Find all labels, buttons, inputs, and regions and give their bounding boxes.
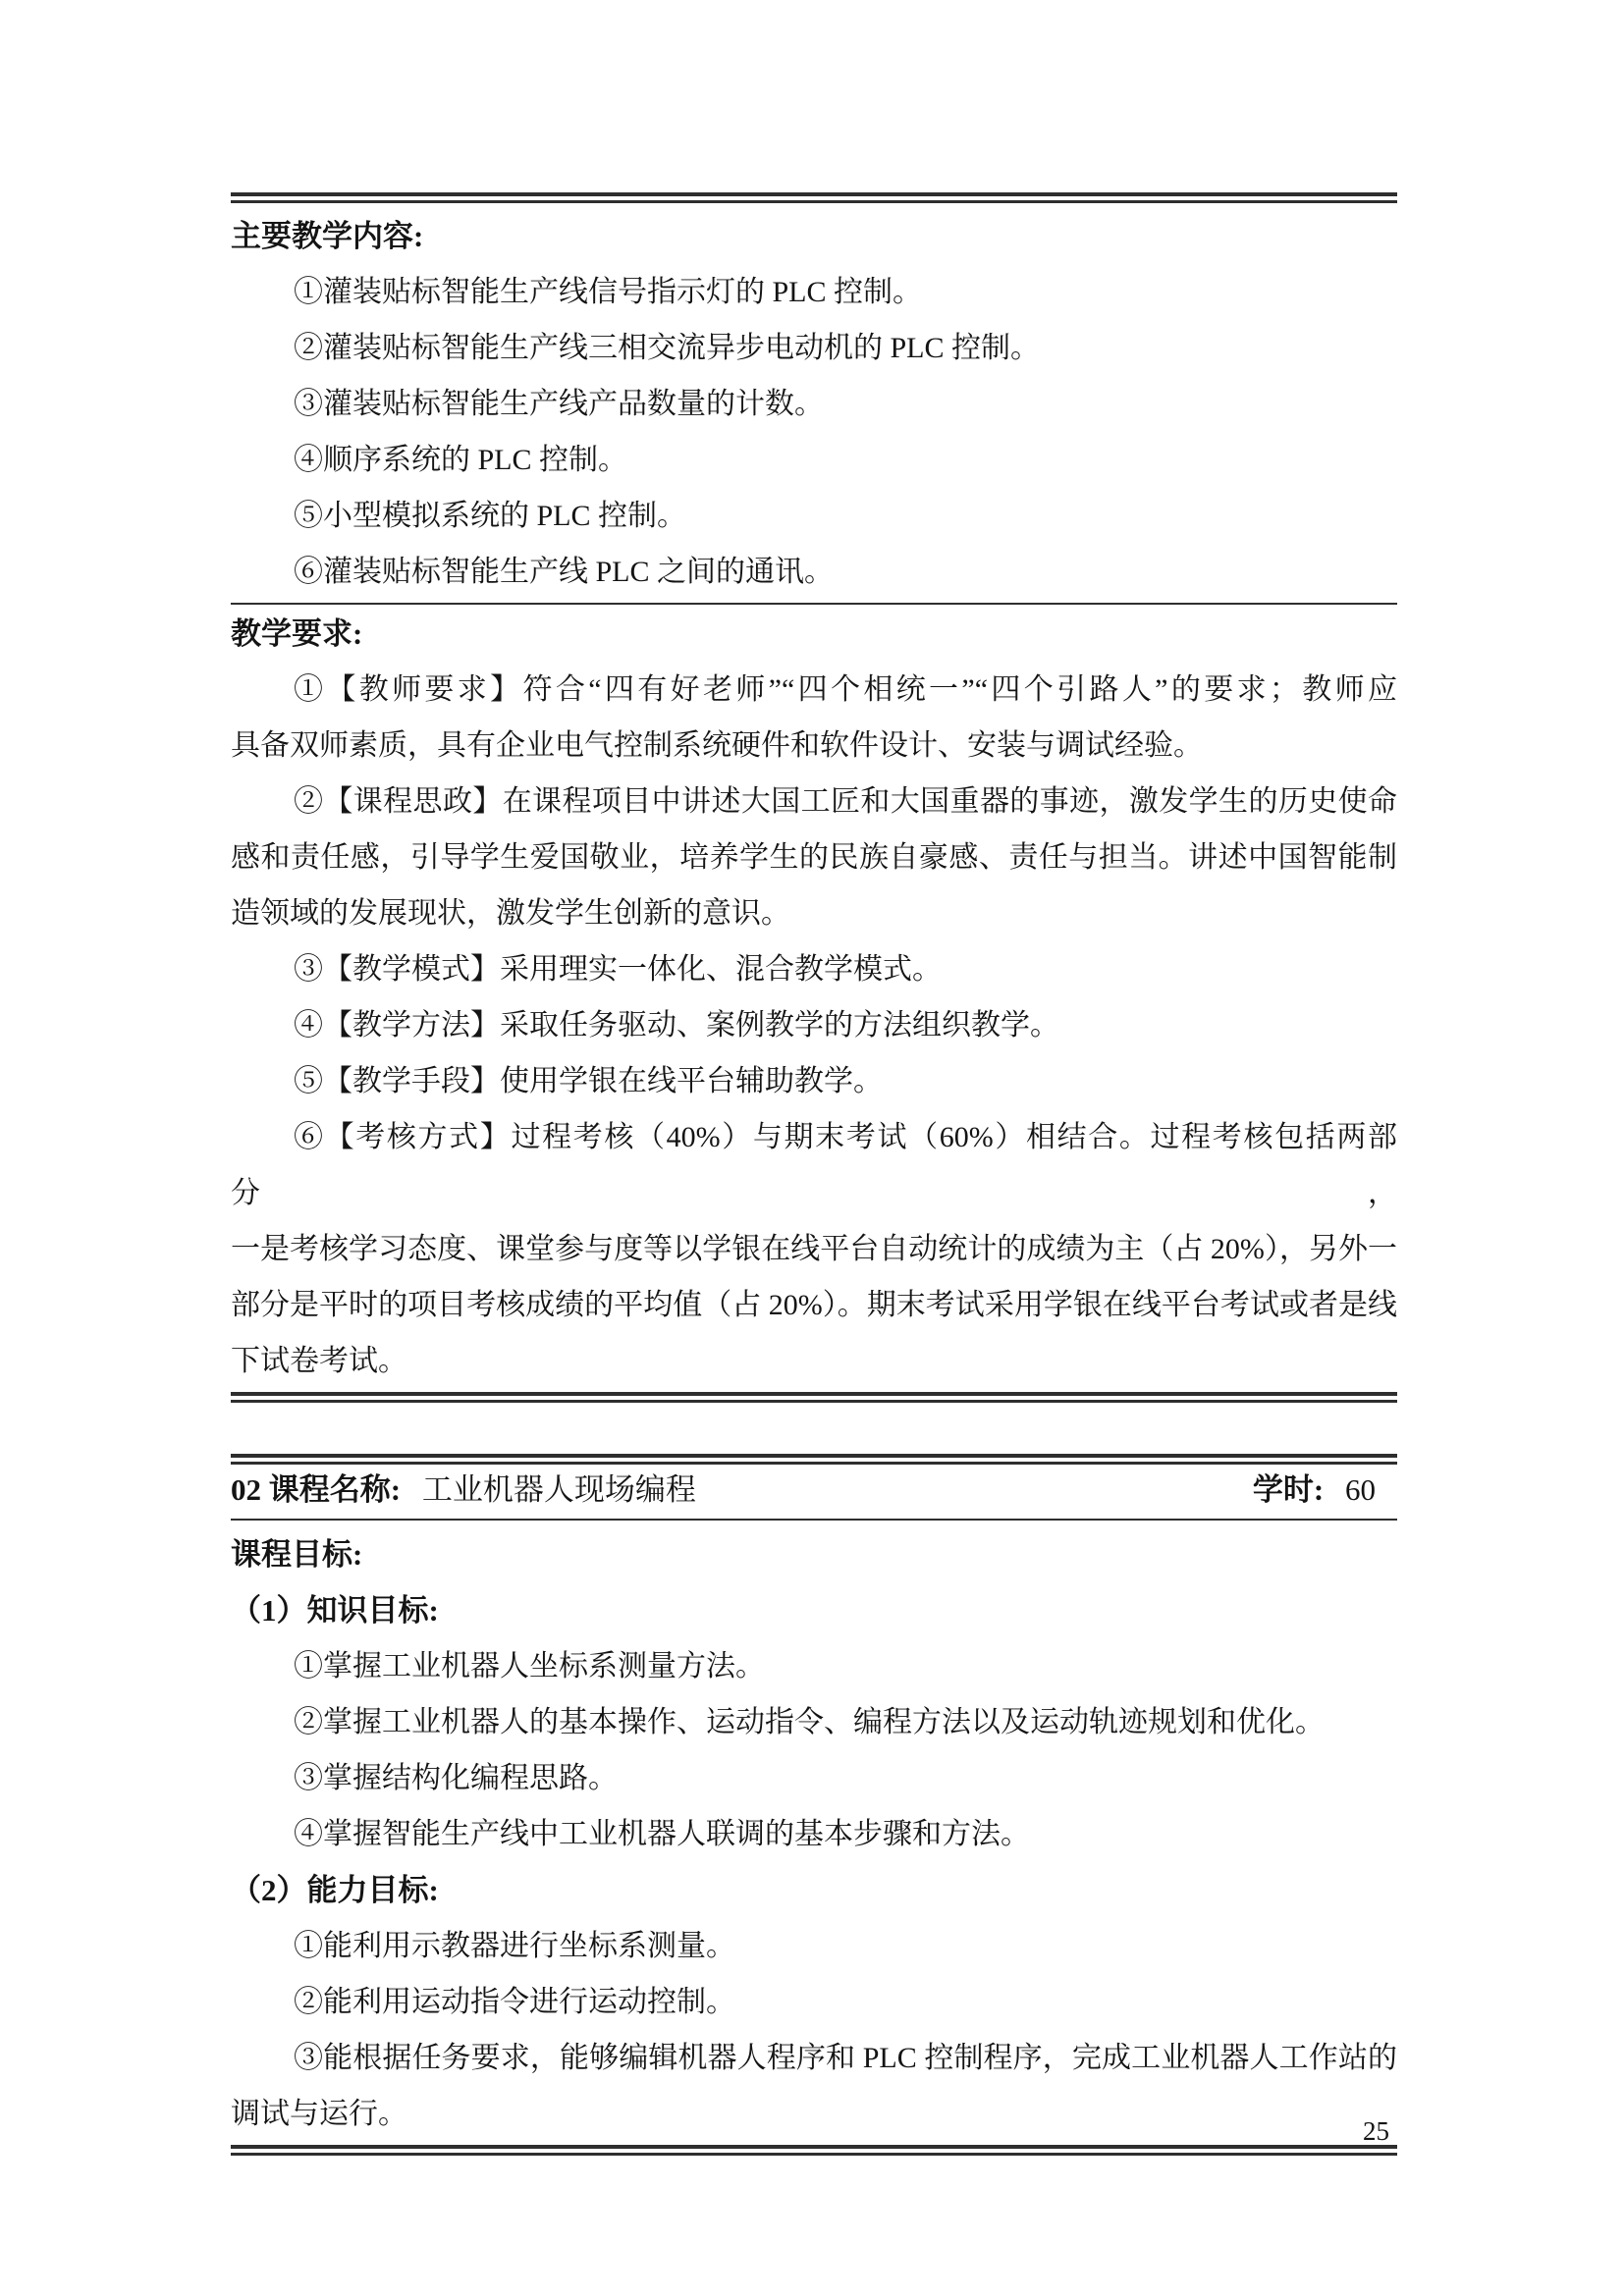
list-item-line: ①掌握工业机器人坐标系测量方法。 (231, 1638, 1397, 1694)
section-heading: 教学要求: (231, 606, 1397, 662)
hours-label: 学时: (1253, 1472, 1324, 1507)
table-body: 课程目标:（1）知识目标:①掌握工业机器人坐标系测量方法。②掌握工业机器人的基本… (231, 1522, 1397, 2145)
list-item-line: ④掌握智能生产线中工业机器人联调的基本步骤和方法。 (231, 1806, 1397, 1862)
list-item-line: ②灌装贴标智能生产线三相交流异步电动机的 PLC 控制。 (231, 320, 1397, 376)
course-header-row: 02 课程名称: 工业机器人现场编程 学时: 60 (231, 1465, 1397, 1516)
course-name: 02 课程名称: 工业机器人现场编程 (231, 1465, 696, 1516)
table-bottom-border (231, 2145, 1397, 2156)
section-heading: 课程目标: (231, 1526, 1397, 1582)
subsection-heading: （1）知识目标: (231, 1582, 1397, 1638)
header-divider (231, 1519, 1397, 1521)
list-item-line: ⑤【教学手段】使用学银在线平台辅助教学。 (231, 1053, 1397, 1109)
paragraph-line: ①【教师要求】符合“四有好老师”“四个相统一”“四个引路人”的要求；教师应 (231, 662, 1397, 718)
list-item-line: ①能利用示教器进行坐标系测量。 (231, 1918, 1397, 1974)
list-item-line: ②掌握工业机器人的基本操作、运动指令、编程方法以及运动轨迹规划和优化。 (231, 1694, 1397, 1750)
table-gap (231, 1403, 1397, 1454)
list-item-line: ④顺序系统的 PLC 控制。 (231, 432, 1397, 488)
hours-value: 60 (1345, 1472, 1376, 1507)
course-02-table: 02 课程名称: 工业机器人现场编程 学时: 60 课程目标:（1）知识目标:①… (231, 1454, 1397, 2156)
paragraph-line: 感和责任感，引导学生爱国敬业，培养学生的民族自豪感、责任与担当。讲述中国智能制 (231, 829, 1397, 885)
list-item-line: ⑤小型模拟系统的 PLC 控制。 (231, 488, 1397, 544)
list-item-line: ③掌握结构化编程思路。 (231, 1750, 1397, 1806)
paragraph-line: 下试卷考试。 (231, 1333, 1397, 1389)
page-number: 25 (1363, 2116, 1389, 2146)
course-name-value: 工业机器人现场编程 (422, 1472, 696, 1507)
document-page: 主要教学内容:①灌装贴标智能生产线信号指示灯的 PLC 控制。②灌装贴标智能生产… (0, 0, 1624, 2296)
section-heading: 主要教学内容: (231, 208, 1397, 264)
list-item-line: ③灌装贴标智能生产线产品数量的计数。 (231, 376, 1397, 432)
table-body: 主要教学内容:①灌装贴标智能生产线信号指示灯的 PLC 控制。②灌装贴标智能生产… (231, 203, 1397, 1392)
paragraph-line: 具备双师素质，具有企业电气控制系统硬件和软件设计、安装与调试经验。 (231, 718, 1397, 774)
list-item-line: ④【教学方法】采取任务驱动、案例教学的方法组织教学。 (231, 997, 1397, 1053)
table-top-border (231, 1454, 1397, 1465)
paragraph-line: 一是考核学习态度、课堂参与度等以学银在线平台自动统计的成绩为主（占 20%），另… (231, 1221, 1397, 1277)
list-item-line: ①灌装贴标智能生产线信号指示灯的 PLC 控制。 (231, 264, 1397, 320)
horizontal-rule (231, 603, 1397, 605)
subsection-heading: （2）能力目标: (231, 1862, 1397, 1918)
course-name-label: 02 课程名称: (231, 1472, 401, 1507)
paragraph-line: 造领域的发展现状，激发学生创新的意识。 (231, 885, 1397, 941)
table-bottom-border (231, 1392, 1397, 1403)
paragraph-line: 调试与运行。 (231, 2086, 1397, 2142)
paragraph-line: ②【课程思政】在课程项目中讲述大国工匠和大国重器的事迹，激发学生的历史使命 (231, 774, 1397, 829)
table-top-border (231, 192, 1397, 203)
list-item-line: ⑥灌装贴标智能生产线 PLC 之间的通讯。 (231, 544, 1397, 600)
list-item-line: ③【教学模式】采用理实一体化、混合教学模式。 (231, 941, 1397, 997)
course-hours: 学时: 60 (1253, 1465, 1397, 1516)
paragraph-line: 部分是平时的项目考核成绩的平均值（占 20%）。期末考试采用学银在线平台考试或者… (231, 1277, 1397, 1333)
paragraph-line: ⑥【考核方式】过程考核（40%）与期末考试（60%）相结合。过程考核包括两部分， (231, 1109, 1397, 1221)
paragraph-line: ③能根据任务要求，能够编辑机器人程序和 PLC 控制程序，完成工业机器人工作站的 (231, 2030, 1397, 2086)
list-item-line: ②能利用运动指令进行运动控制。 (231, 1974, 1397, 2030)
course-01-table: 主要教学内容:①灌装贴标智能生产线信号指示灯的 PLC 控制。②灌装贴标智能生产… (231, 192, 1397, 1403)
document-content: 主要教学内容:①灌装贴标智能生产线信号指示灯的 PLC 控制。②灌装贴标智能生产… (231, 192, 1397, 2156)
